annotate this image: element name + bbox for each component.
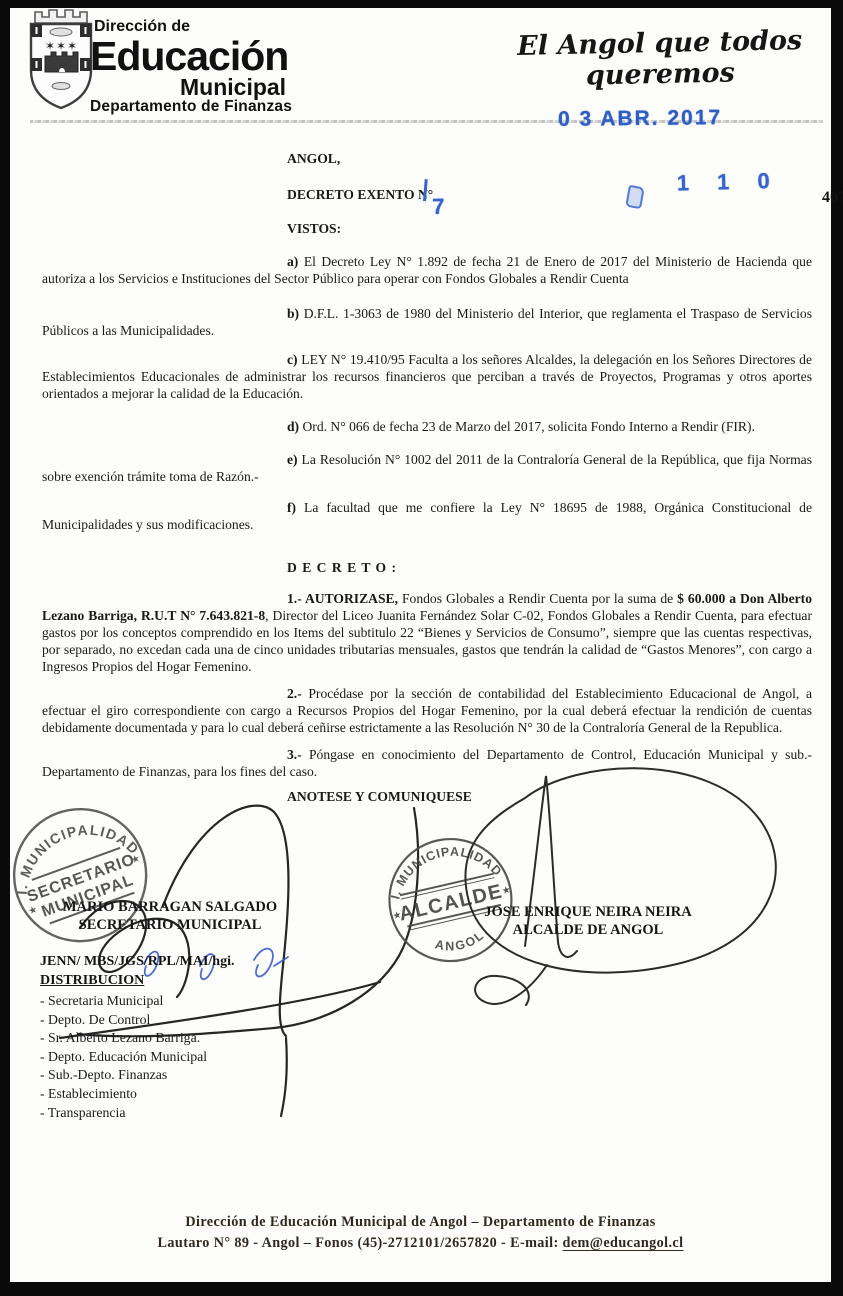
document-sheet: ✶ ✶ ✶ Dirección de Educación Municipal D… [10,8,831,1282]
footer: Dirección de Educación Municipal de Ango… [10,1212,831,1254]
footer-line2: Lautaro N° 89 - Angol – Fonos (45)-27121… [10,1233,831,1254]
initials-line: JENN/ MBS/JGS/RPL/MAI/hgi. [40,954,234,970]
distribution-item: - Secretaria Municipal [40,992,207,1011]
secretary-name-block: MARIO BARRAGAN SALGADO SECRETARIO MUNICI… [40,898,300,934]
para-vistos-label: VISTOS: [42,220,812,237]
para-vistos-c: c) LEY N° 19.410/95 Faculta a los señore… [42,351,812,402]
para-vistos-b: b) D.F.L. 1-3063 de 1980 del Ministerio … [42,305,812,339]
page-frame: ✶ ✶ ✶ Dirección de Educación Municipal D… [0,0,843,1296]
secretary-title: SECRETARIO MUNICIPAL [40,916,300,934]
secretary-name: MARIO BARRAGAN SALGADO [40,898,300,916]
distribution-item: - Depto. De Control [40,1011,207,1030]
distribution-list: - Secretaria Municipal- Depto. De Contro… [40,992,207,1122]
para-vistos-d: d) Ord. N° 066 de fecha 23 de Marzo del … [42,418,812,435]
para-decreto-2: 2.- Procédase por la sección de contabil… [42,685,812,736]
mayor-name: JOSE ENRIQUE NEIRA NEIRA [478,903,698,921]
decree-label: DECRETO EXENTO N° [287,187,433,202]
distribution-item: - Transparencia [40,1104,207,1123]
distribution-item: - Sr. Alberto Lezano Barriga. [40,1029,207,1048]
para-vistos-a: a) El Decreto Ley N° 1.892 de fecha 21 d… [42,253,812,287]
city-slogan: El Angol que todos queremos [499,25,820,94]
header-departamento-finanzas: Departamento de Finanzas [90,98,390,116]
typed-decree-number: 407.- [577,189,843,206]
decree-number-line: DECRETO EXENTO N° 1 1 0 7 407.- [42,186,812,203]
distribution-item: - Sub.-Depto. Finanzas [40,1066,207,1085]
paragraphs: VISTOS:a) El Decreto Ley N° 1.892 de fec… [42,220,812,805]
header-educacion: Educación [90,36,390,76]
header-municipal: Municipal [180,76,390,98]
decree-text-block: ANGOL, DECRETO EXENTO N° 1 1 0 7 407.- V… [42,142,812,805]
date-stamp: 0 3 ABR. 2017 [558,106,722,132]
distribution-item: - Depto. Educación Municipal [40,1048,207,1067]
distribution-item: - Establecimiento [40,1085,207,1104]
mayor-title: ALCALDE DE ANGOL [478,921,698,939]
para-decreto-heading: D E C R E T O : [42,559,812,576]
mayor-name-block: JOSE ENRIQUE NEIRA NEIRA ALCALDE DE ANGO… [478,903,698,939]
footer-address: Lautaro N° 89 - Angol – Fonos (45)-27121… [158,1235,563,1251]
city-line: ANGOL, [42,150,812,167]
para-vistos-e: e) La Resolución N° 1002 del 2011 de la … [42,451,812,485]
mayor-signature [425,750,815,1040]
para-vistos-f: f) La facultad que me confiere la Ley N°… [42,499,812,533]
svg-text:✶: ✶ [56,39,66,53]
svg-text:✶: ✶ [45,39,55,53]
footer-email: dem@educangol.cl [563,1235,684,1251]
header-title-block: Dirección de Educación Municipal Departa… [90,18,390,116]
distribution-heading: DISTRIBUCION [40,973,144,989]
para-decreto-1: 1.- AUTORIZASE, Fondos Globales a Rendir… [42,590,812,675]
svg-text:✶: ✶ [67,39,77,53]
footer-line1: Dirección de Educación Municipal de Ango… [10,1212,831,1233]
